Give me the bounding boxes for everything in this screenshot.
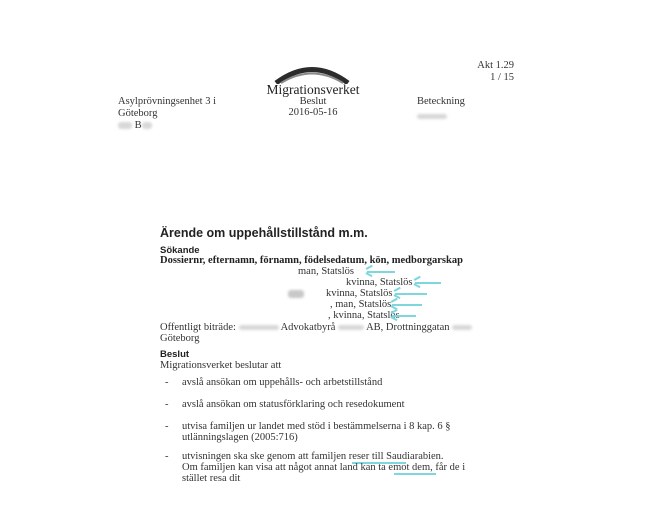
redacted-blob [288,285,304,303]
applicant-row-text: man, Statslös [298,266,354,277]
counsel-firm: Advokatbyrå [281,322,336,333]
sender-unit: Asylprövningsenhet 3 i Göteborg B [118,96,216,132]
reference-label: Beteckning [417,96,465,108]
decision-item-text: stället resa dit [182,473,240,485]
counsel-label: Offentligt biträde: [160,322,236,333]
bullet-dash: - [165,421,169,433]
annotation-underline [394,473,436,475]
unit-line-1: Asylprövningsenhet 3 i [118,96,216,108]
applicant-row-text: kvinna, Statslös [346,277,413,288]
annotation-arrow-icon [392,304,422,306]
decision-item-text: avslå ansökan om uppehålls- och arbetsti… [182,377,382,389]
applicant-row: , kvinna, Statslös [328,310,400,322]
unit-line-3: B [118,120,216,132]
unit-line-3-text: B [135,120,142,131]
public-counsel: Offentligt biträde: Advokatbyrå AB, Drot… [160,322,472,334]
case-title: Ärende om uppehållstillstånd m.m. [160,226,368,240]
counsel-city: Göteborg [160,333,199,345]
reference-block: Beteckning [417,96,465,123]
decision-item-text: utlänningslagen (2005:716) [182,432,298,444]
applicant-row-text: , kvinna, Statslös [328,310,400,321]
decision-intro: Migrationsverket beslutar att [160,360,281,372]
decision-heading: Beslut [160,349,189,360]
applicant-row-text: kvinna, Statslös [326,288,393,299]
akt-number: Akt 1.29 1 / 15 [458,60,514,84]
annotation-arrow-icon [367,271,395,273]
annotation-arrow-icon [415,282,441,284]
migrationsverket-logo-icon [272,62,352,84]
annotation-arrow-icon [392,315,416,317]
decision-item-text: avslå ansökan om statusförklaring och re… [182,399,404,411]
bullet-dash: - [165,377,169,389]
annotation-arrow-icon [395,293,427,295]
reference-value-redacted [417,111,465,123]
counsel-address: AB, Drottninggatan [366,322,449,333]
page-number: 1 / 15 [458,72,514,84]
unit-line-2: Göteborg [118,108,216,120]
decision-date: 2016-05-16 [270,107,356,119]
bullet-dash: - [165,451,169,463]
akt-label: Akt 1.29 [458,60,514,72]
applicant-row-text: , man, Statslös [330,299,391,310]
bullet-dash: - [165,399,169,411]
